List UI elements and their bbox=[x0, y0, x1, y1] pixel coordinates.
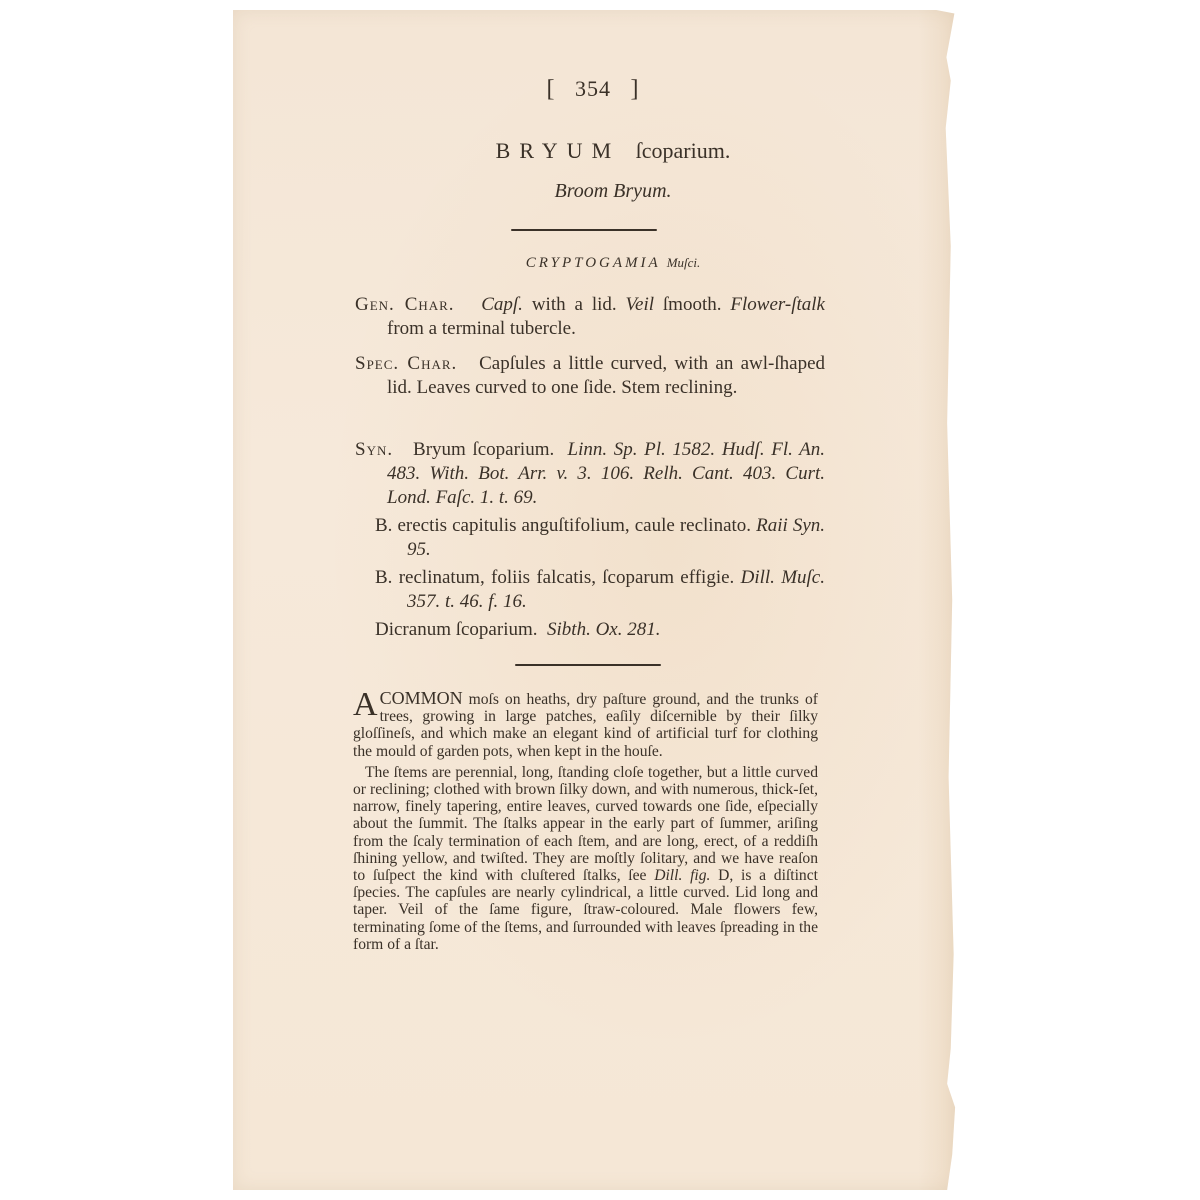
gen-char-text: Flower-ſtalk bbox=[730, 294, 825, 315]
specific-character: Spec. Char. Capſules a little curved, wi… bbox=[355, 352, 825, 400]
synonym-entry: Syn. Bryum ſcoparium. Linn. Sp. Pl. 1582… bbox=[355, 438, 825, 510]
spec-char-label: Spec. Char. bbox=[355, 353, 457, 374]
gen-char-text: Capſ. bbox=[481, 294, 523, 315]
genus-name: BRYUM bbox=[496, 138, 620, 163]
drop-cap: A bbox=[353, 692, 378, 718]
gen-char-label: Gen. Char. bbox=[355, 294, 455, 315]
common-name: Broom Bryum. bbox=[233, 180, 993, 203]
description: A COMMON moſs on heaths, dry paſture gro… bbox=[353, 690, 818, 953]
lead-word: COMMON bbox=[380, 688, 463, 708]
page-number-value: 354 bbox=[575, 76, 611, 101]
class-name: CRYPTOGAMIA bbox=[526, 255, 661, 271]
synonyms: Syn. Bryum ſcoparium. Linn. Sp. Pl. 1582… bbox=[355, 438, 825, 642]
synonym-entry: B. reclinatum, foliis falcatis, ſcoparum… bbox=[355, 566, 825, 614]
divider-rule-top bbox=[511, 229, 657, 231]
reference: Dill. fig. bbox=[654, 867, 710, 884]
synonym-name: Bryum ſcoparium. bbox=[413, 439, 554, 460]
species-epithet: ſcoparium. bbox=[636, 138, 731, 163]
gen-char-text: from a terminal tubercle. bbox=[387, 318, 576, 339]
syn-label: Syn. bbox=[355, 439, 393, 460]
book-page: [ 354 ] BRYUM ſcoparium. Broom Bryum. CR… bbox=[233, 10, 958, 1190]
bracket-close: ] bbox=[631, 76, 640, 102]
paragraph-text: The ſtems are perennial, long, ſtanding … bbox=[353, 764, 818, 884]
synonym-entry: Dicranum ſcoparium. Sibth. Ox. 281. bbox=[355, 618, 825, 642]
gen-char-text: with a lid. bbox=[523, 294, 626, 315]
synonym-name: B. reclinatum, foliis falcatis, ſcoparum… bbox=[375, 567, 734, 588]
synonym-name: B. erectis capitulis anguſtifolium, caul… bbox=[375, 515, 751, 536]
description-paragraph-1: A COMMON moſs on heaths, dry paſture gro… bbox=[353, 690, 818, 760]
synonym-refs: Sibth. Ox. 281. bbox=[547, 619, 660, 640]
generic-character: Gen. Char. Capſ. with a lid. Veil ſmooth… bbox=[355, 293, 825, 341]
species-title: BRYUM ſcoparium. bbox=[233, 138, 993, 164]
synonym-entry: B. erectis capitulis anguſtifolium, caul… bbox=[355, 514, 825, 562]
synonym-name: Dicranum ſcoparium. bbox=[375, 619, 538, 640]
gen-char-text: Veil bbox=[626, 294, 655, 315]
gen-char-text: ſmooth. bbox=[654, 294, 730, 315]
page-number: [ 354 ] bbox=[233, 76, 953, 103]
order-name: Muſci. bbox=[667, 255, 701, 270]
classification: CRYPTOGAMIAMuſci. bbox=[233, 255, 993, 272]
divider-rule-bottom bbox=[515, 664, 661, 666]
bracket-open: [ bbox=[547, 76, 556, 102]
description-paragraph-2: The ſtems are perennial, long, ſtanding … bbox=[353, 764, 818, 953]
